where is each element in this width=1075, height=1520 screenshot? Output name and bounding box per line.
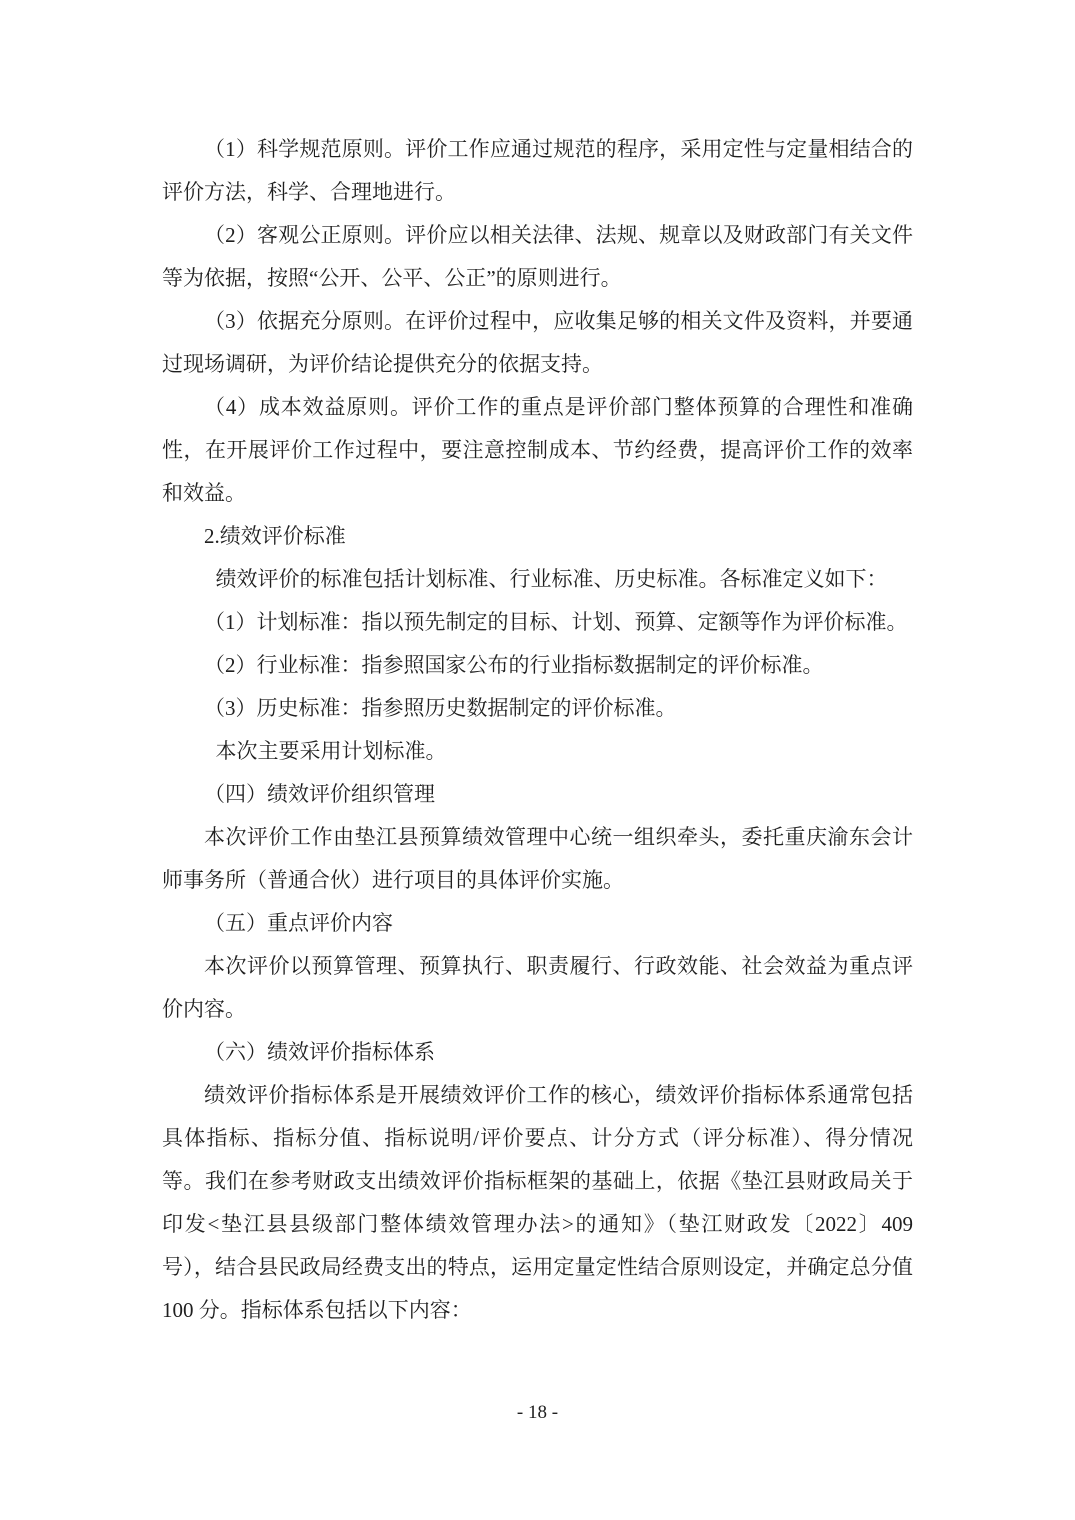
paragraph-principle-objective: （2）客观公正原则。评价应以相关法律、法规、规章以及财政部门有关文件等为依据，按… xyxy=(162,214,913,300)
paragraph-standard-plan: （1）计划标准：指以预先制定的目标、计划、预算、定额等作为评价标准。 xyxy=(162,601,913,644)
paragraph-principle-evidence: （3）依据充分原则。在评价过程中，应收集足够的相关文件及资料，并要通过现场调研，… xyxy=(162,300,913,386)
heading-key-content: （五）重点评价内容 xyxy=(162,902,913,945)
paragraph-indicator-system: 绩效评价指标体系是开展绩效评价工作的核心，绩效评价指标体系通常包括具体指标、指标… xyxy=(162,1074,913,1332)
paragraph-org-management: 本次评价工作由垫江县预算绩效管理中心统一组织牵头，委托重庆渝东会计师事务所（普通… xyxy=(162,816,913,902)
paragraph-standards-intro: 绩效评价的标准包括计划标准、行业标准、历史标准。各标准定义如下： xyxy=(162,558,913,601)
heading-indicator-system: （六）绩效评价指标体系 xyxy=(162,1031,913,1074)
paragraph-standard-history: （3）历史标准：指参照历史数据制定的评价标准。 xyxy=(162,687,913,730)
paragraph-key-content: 本次评价以预算管理、预算执行、职责履行、行政效能、社会效益为重点评价内容。 xyxy=(162,945,913,1031)
page-number: - 18 - xyxy=(0,1400,1075,1426)
paragraph-standard-adopted: 本次主要采用计划标准。 xyxy=(162,730,913,773)
heading-eval-standards: 2.绩效评价标准 xyxy=(162,515,913,558)
document-page: （1）科学规范原则。评价工作应通过规范的程序，采用定性与定量相结合的评价方法，科… xyxy=(0,0,1075,1520)
paragraph-principle-cost: （4）成本效益原则。评价工作的重点是评价部门整体预算的合理性和准确性，在开展评价… xyxy=(162,386,913,515)
paragraph-standard-industry: （2）行业标准：指参照国家公布的行业指标数据制定的评价标准。 xyxy=(162,644,913,687)
document-body: （1）科学规范原则。评价工作应通过规范的程序，采用定性与定量相结合的评价方法，科… xyxy=(162,128,913,1332)
paragraph-principle-science: （1）科学规范原则。评价工作应通过规范的程序，采用定性与定量相结合的评价方法，科… xyxy=(162,128,913,214)
heading-org-management: （四）绩效评价组织管理 xyxy=(162,773,913,816)
